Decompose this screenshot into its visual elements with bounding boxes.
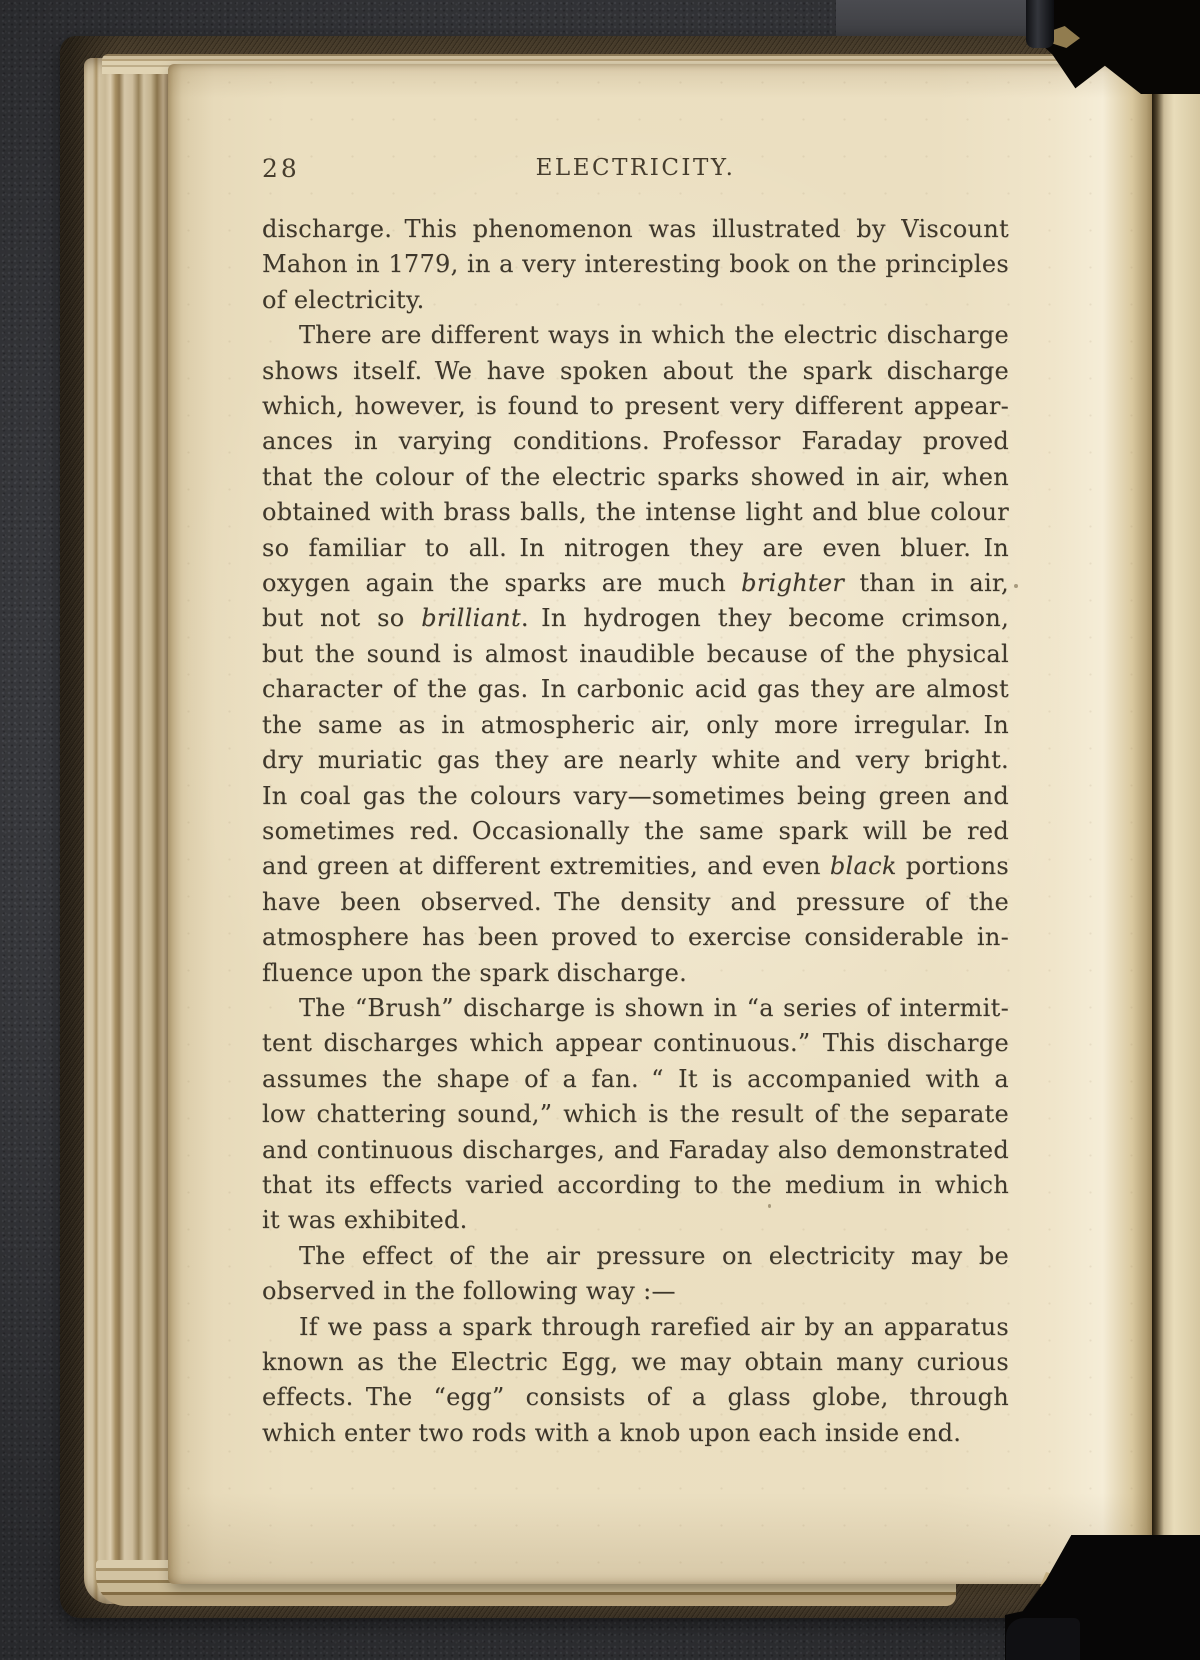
text-line: fluence upon the spark discharge. <box>262 956 1009 991</box>
text-segment: than in air, <box>844 569 1009 597</box>
text-segment: Mahon in 1779, in a very interesting boo… <box>262 250 1009 278</box>
text-segment: . In hydrogen they become crimson, <box>521 604 1009 632</box>
text-line: that the colour of the electric sparks s… <box>262 460 1009 495</box>
text-segment: There are different ways in which the el… <box>299 321 1009 349</box>
text-line: and green at different extremities, and … <box>262 849 1009 884</box>
text-line: the same as in atmospheric air, only mor… <box>262 708 1009 743</box>
text-line: The “Brush” discharge is shown in “a ser… <box>262 991 1009 1026</box>
text-segment: discharge. This phenomenon was illustrat… <box>262 215 1009 243</box>
text-block: discharge. This phenomenon was illustrat… <box>262 212 1009 1451</box>
text-line: If we pass a spark through rarefied air … <box>262 1310 1009 1345</box>
running-head: ELECTRICITY. <box>262 155 1009 181</box>
text-segment: of electricity. <box>262 286 425 314</box>
text-line: which enter two rods with a knob upon ea… <box>262 1416 1009 1451</box>
italic-text: brilliant <box>421 604 521 632</box>
text-line: so familiar to all. In nitrogen they are… <box>262 531 1009 566</box>
text-segment: and continuous discharges, and Faraday a… <box>262 1136 1009 1164</box>
text-line: shows itself. We have spoken about the s… <box>262 354 1009 389</box>
text-segment: it was exhibited. <box>262 1206 468 1234</box>
page-stack-left-edges <box>84 58 172 1604</box>
text-segment: The “Brush” discharge is shown in “a ser… <box>299 994 1009 1022</box>
text-segment: oxygen again the sparks are much <box>262 569 741 597</box>
text-segment: which enter two rods with a knob upon ea… <box>262 1419 961 1447</box>
facing-page-edge <box>1152 74 1200 1552</box>
photo-scene: 28 ELECTRICITY. discharge. This phenomen… <box>0 0 1200 1660</box>
text-segment: sometimes red. Occasionally the same spa… <box>262 817 1009 845</box>
text-segment: known as the Electric Egg, we may obtain… <box>262 1348 1009 1376</box>
text-line: character of the gas. In carbonic acid g… <box>262 672 1009 707</box>
text-segment: so familiar to all. In nitrogen they are… <box>262 534 1009 562</box>
text-line: sometimes red. Occasionally the same spa… <box>262 814 1009 849</box>
text-segment: shows itself. We have spoken about the s… <box>262 357 1009 385</box>
text-line: atmosphere has been proved to exercise c… <box>262 920 1009 955</box>
text-segment: character of the gas. In carbonic acid g… <box>262 675 1009 703</box>
text-line: that its effects varied according to the… <box>262 1168 1009 1203</box>
text-segment: assumes the shape of a fan. “ It is acco… <box>262 1065 1009 1093</box>
text-line: known as the Electric Egg, we may obtain… <box>262 1345 1009 1380</box>
italic-text: brighter <box>741 569 844 597</box>
text-line: obtained with brass balls, the intense l… <box>262 495 1009 530</box>
text-line: tent discharges which appear continuous.… <box>262 1026 1009 1061</box>
text-line: discharge. This phenomenon was illustrat… <box>262 212 1009 247</box>
text-line: of electricity. <box>262 283 1009 318</box>
text-line: but not so brilliant. In hydrogen they b… <box>262 601 1009 636</box>
text-segment: have been observed. The density and pres… <box>262 888 1009 916</box>
text-segment: which, however, is found to present very… <box>262 392 1009 420</box>
text-line: oxygen again the sparks are much brighte… <box>262 566 1009 601</box>
text-segment: obtained with brass balls, the intense l… <box>262 498 1009 526</box>
text-segment: atmosphere has been proved to exercise c… <box>262 923 1009 951</box>
text-segment: and green at different extremities, and … <box>262 852 830 880</box>
text-line: and continuous discharges, and Faraday a… <box>262 1133 1009 1168</box>
italic-text: black <box>830 852 897 880</box>
page-header: 28 ELECTRICITY. <box>262 150 1009 184</box>
text-line: There are different ways in which the el… <box>262 318 1009 353</box>
text-line: effects. The “egg” consists of a glass g… <box>262 1380 1009 1415</box>
paper-speck <box>1014 584 1018 588</box>
text-line: which, however, is found to present very… <box>262 389 1009 424</box>
text-line: low chattering sound,” which is the resu… <box>262 1097 1009 1132</box>
text-line: have been observed. The density and pres… <box>262 885 1009 920</box>
text-segment: portions <box>897 852 1009 880</box>
text-segment: effects. The “egg” consists of a glass g… <box>262 1383 1009 1411</box>
text-segment: In coal gas the colours vary—sometimes b… <box>262 782 1009 810</box>
text-line: observed in the following way :— <box>262 1274 1009 1309</box>
text-segment: fluence upon the spark discharge. <box>262 959 687 987</box>
text-segment: observed in the following way :— <box>262 1277 676 1305</box>
text-segment: low chattering sound,” which is the resu… <box>262 1100 1009 1128</box>
text-line: ances in varying conditions. Professor F… <box>262 424 1009 459</box>
text-segment: If we pass a spark through rarefied air … <box>299 1313 1009 1341</box>
text-segment: that the colour of the electric sparks s… <box>262 463 1009 491</box>
text-line: dry muriatic gas they are nearly white a… <box>262 743 1009 778</box>
text-segment: the same as in atmospheric air, only mor… <box>262 711 1009 739</box>
text-line: In coal gas the colours vary—sometimes b… <box>262 779 1009 814</box>
text-segment: that its effects varied according to the… <box>262 1171 1009 1199</box>
text-segment: ances in varying conditions. Professor F… <box>262 427 1009 455</box>
text-line: but the sound is almost inaudible becaus… <box>262 637 1009 672</box>
text-segment: The effect of the air pressure on electr… <box>299 1242 1009 1270</box>
text-line: it was exhibited. <box>262 1203 1009 1238</box>
text-segment: dry muriatic gas they are nearly white a… <box>262 746 1009 774</box>
stand-knob <box>1006 1618 1080 1660</box>
text-segment: but the sound is almost inaudible becaus… <box>262 640 1009 668</box>
clamp-rod <box>1026 0 1054 48</box>
text-line: Mahon in 1779, in a very interesting boo… <box>262 247 1009 282</box>
text-line: assumes the shape of a fan. “ It is acco… <box>262 1062 1009 1097</box>
text-segment: tent discharges which appear continuous.… <box>262 1029 1009 1057</box>
text-line: The effect of the air pressure on electr… <box>262 1239 1009 1274</box>
text-segment: but not so <box>262 604 421 632</box>
